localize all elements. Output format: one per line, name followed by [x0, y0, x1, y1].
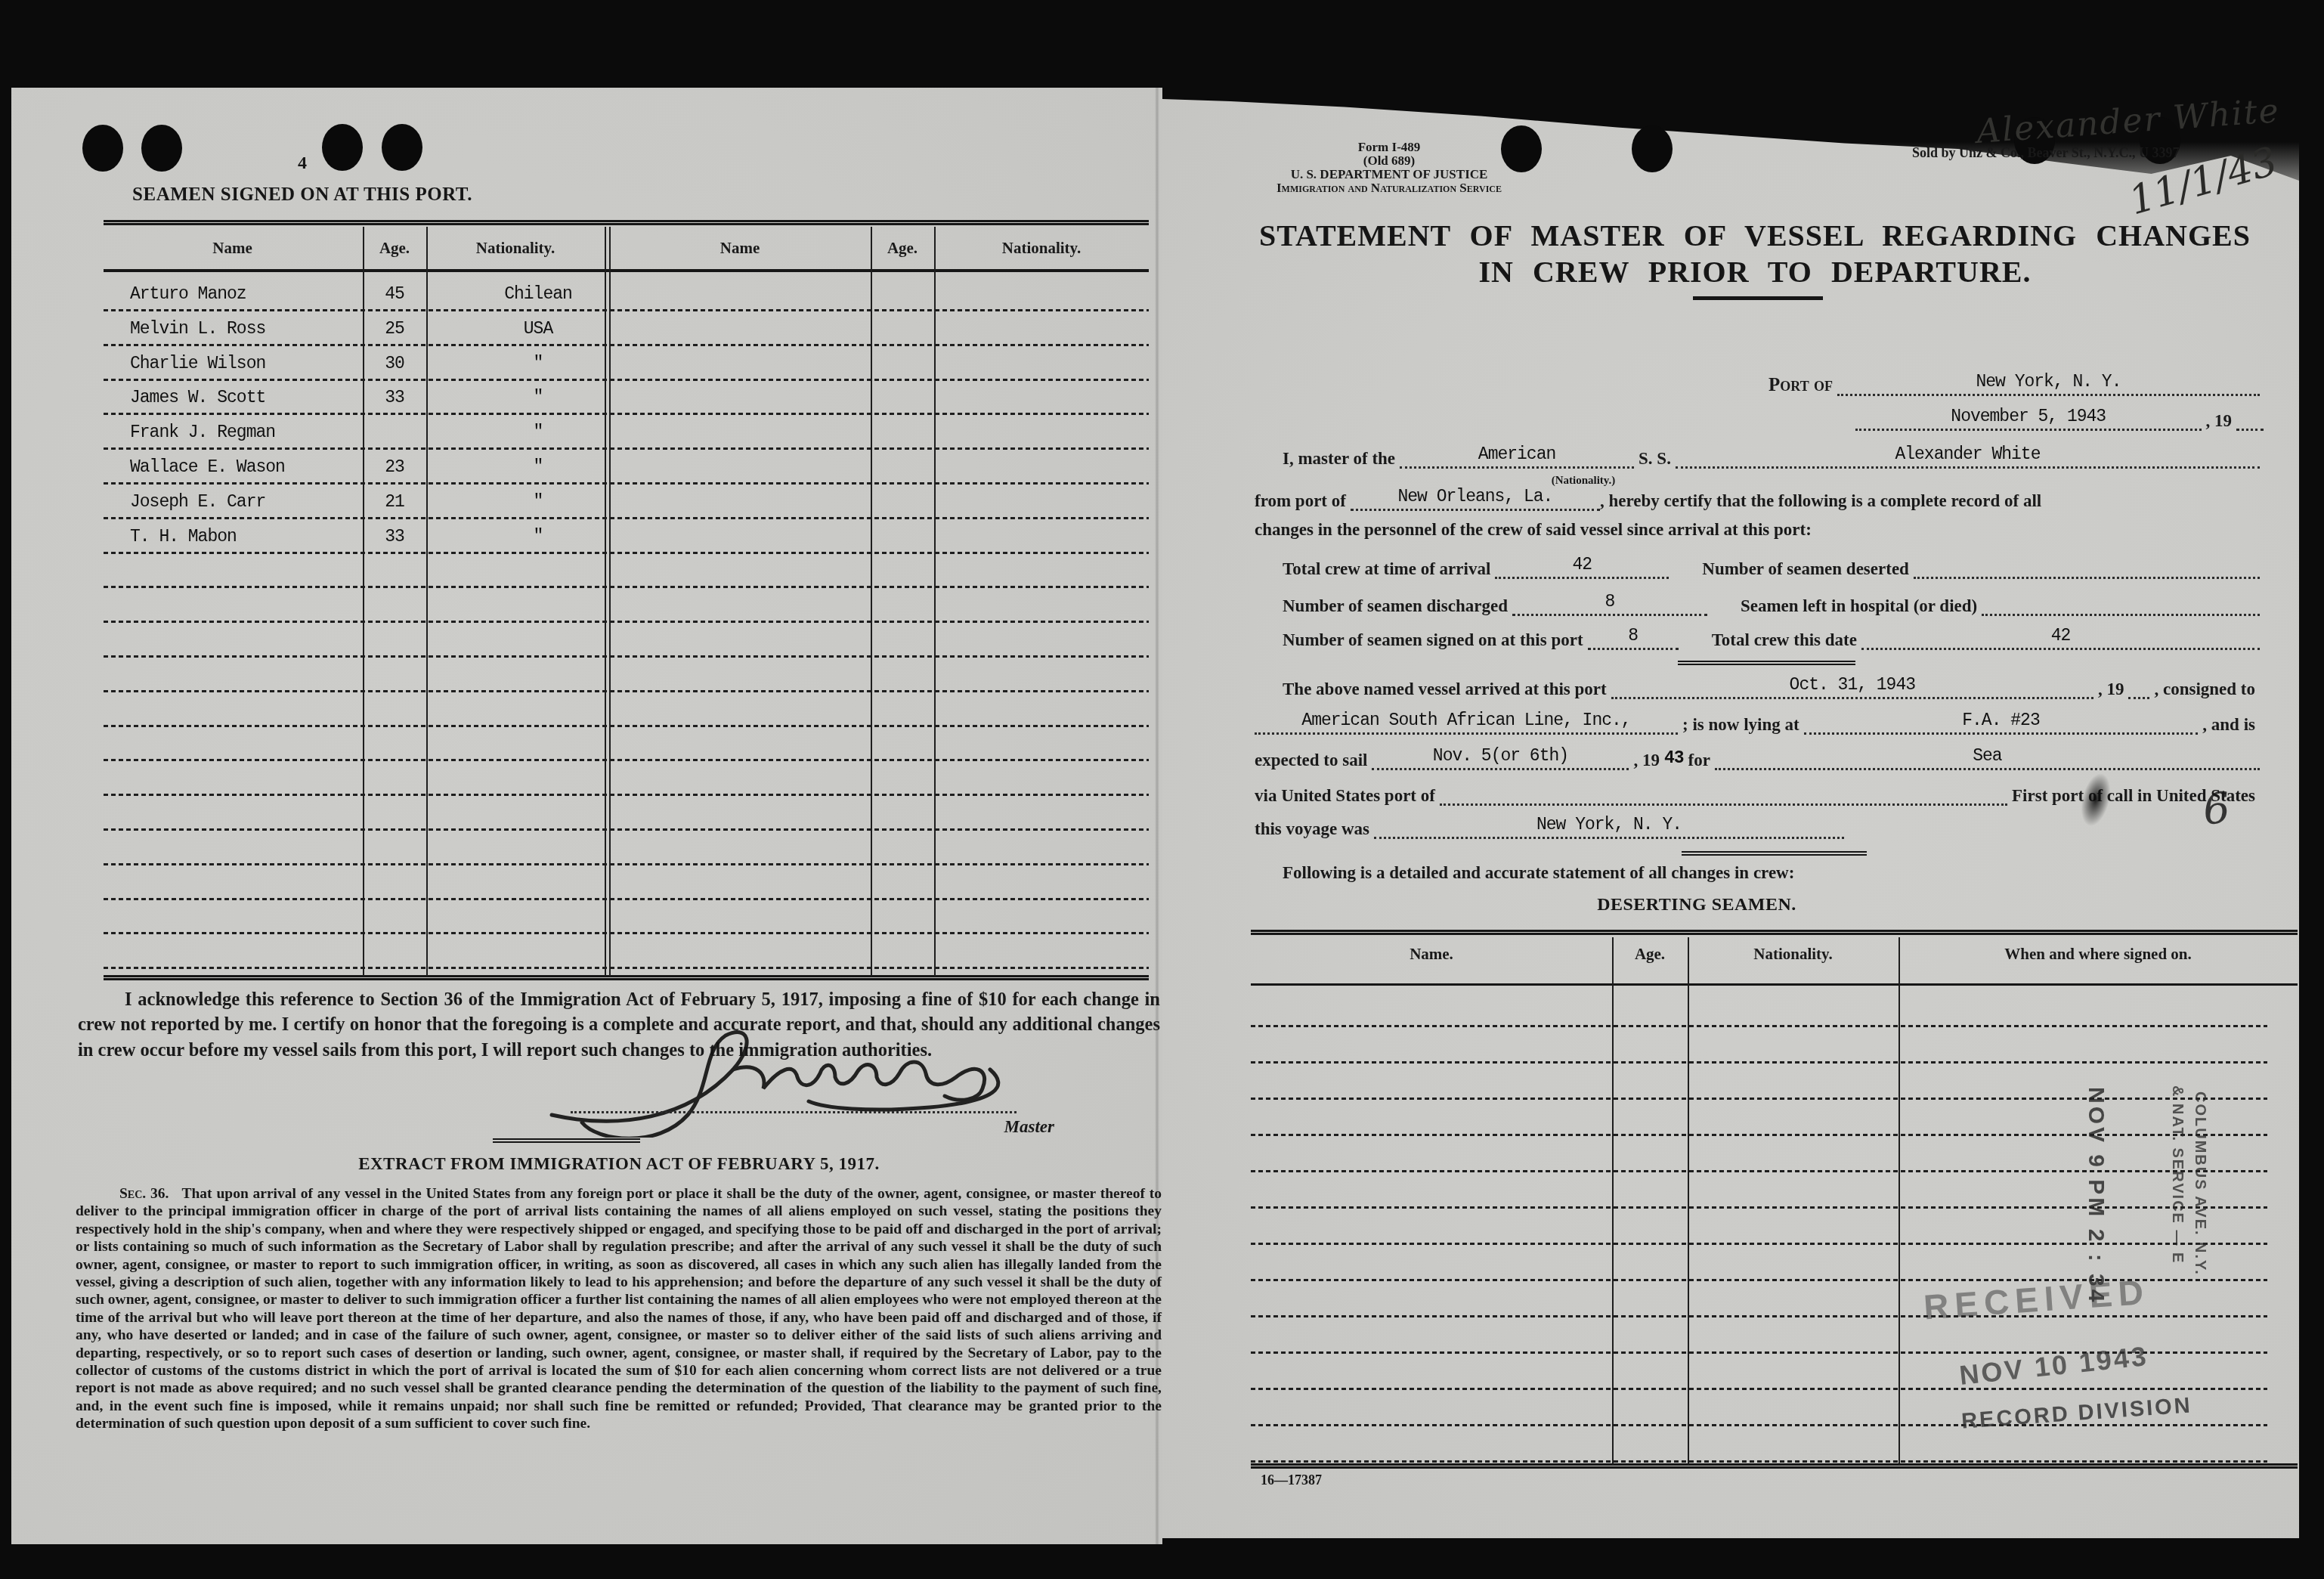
table-row-line — [1251, 1388, 2267, 1390]
crew-nationality-cell: " — [449, 423, 627, 442]
date-year-field — [2236, 406, 2264, 431]
port-of-value: New York, N. Y. — [1976, 372, 2121, 392]
sail-mid: , 19 — [1629, 751, 1664, 770]
via-label: via United States port of — [1255, 786, 1440, 806]
from-port-label: from port of — [1255, 491, 1351, 511]
stat-value: 42 — [1572, 555, 1592, 574]
changes-line: changes in the personnel of the crew of … — [1255, 520, 1812, 540]
sec36-text: That upon arrival of any vessel in the U… — [76, 1186, 1162, 1432]
ss-label: S. S. — [1634, 449, 1676, 469]
crew-age-cell: 30 — [363, 354, 426, 373]
table-row-line — [104, 794, 1149, 796]
signature-role-label: Master — [911, 1117, 1054, 1137]
table-column-line — [1688, 937, 1689, 1465]
crew-nationality-cell: Chilean — [449, 284, 627, 304]
stat-value: 8 — [1605, 592, 1615, 611]
table-bottom-rule — [1251, 1463, 2298, 1469]
table-header-rule — [104, 269, 1149, 272]
table-row-line — [104, 967, 1149, 969]
stat-value: 42 — [2051, 626, 2071, 646]
nationality-field: American — [1400, 446, 1634, 469]
crew-nationality-cell: USA — [449, 319, 627, 339]
table-row-line — [1251, 1460, 2267, 1463]
sail-date-value: Nov. 5(or 6th) — [1433, 746, 1568, 766]
table-column-line — [605, 227, 606, 977]
stat-label: Number of seamen signed on at this port — [1283, 630, 1588, 650]
section-divider — [1678, 661, 1855, 665]
table-row-line — [104, 621, 1149, 623]
table-bottom-rule — [104, 975, 1149, 980]
form-old-number: (Old 689) — [1257, 154, 1521, 168]
crew-name-cell: Arturo Manoz — [130, 284, 357, 304]
crew-nationality-cell: " — [449, 492, 627, 512]
table-row-line — [1251, 1098, 2267, 1100]
crew-name-cell: James W. Scott — [130, 388, 357, 407]
table-top-rule — [1251, 930, 2298, 935]
vessel-value: Alexander White — [1895, 444, 2040, 464]
sail-for: for — [1684, 751, 1715, 770]
plate-number: 16—17387 — [1261, 1472, 1322, 1488]
department-name: U. S. DEPARTMENT OF JUSTICE — [1257, 168, 1521, 181]
form-id-block: Form I-489 (Old 689) U. S. DEPARTMENT OF… — [1257, 141, 1521, 195]
lying-value: F.A. #23 — [1962, 711, 2039, 730]
service-stamp-line1: & NAT. SERVICE — E — [2168, 1085, 2186, 1335]
crew-name-cell: Charlie Wilson — [130, 354, 357, 373]
stat-label: Seamen left in hospital (or died) — [1707, 596, 1982, 616]
voyage-value: New York, N. Y. — [1536, 815, 1682, 834]
stat-field: 8 — [1512, 593, 1707, 616]
col-header-nationality: Nationality. — [934, 239, 1149, 258]
lying-field: F.A. #23 — [1804, 712, 2199, 735]
table-column-line — [426, 227, 428, 977]
crew-age-cell: 33 — [363, 388, 426, 407]
consignee-field: American South African Line, Inc., — [1255, 712, 1678, 735]
crew-name-cell: T. H. Mabon — [130, 527, 357, 546]
table-row-line — [104, 344, 1149, 346]
table-row-line — [104, 898, 1149, 900]
table-row-line — [104, 517, 1149, 519]
table-column-line — [1899, 937, 1900, 1465]
section-divider — [493, 1138, 640, 1143]
extract-heading: EXTRACT FROM IMMIGRATION ACT OF FEBRUARY… — [78, 1154, 1160, 1174]
col-header-age: Age. — [363, 239, 426, 258]
stat-field: 42 — [1495, 556, 1669, 579]
lying-suffix: , and is — [2198, 715, 2260, 735]
stat-label: Total crew at time of arrival — [1283, 559, 1495, 579]
date-value: November 5, 1943 — [1951, 407, 2106, 426]
nationality-value: American — [1478, 444, 1555, 464]
table-column-line — [1612, 937, 1614, 1465]
table-row-line — [104, 690, 1149, 692]
table-row-line — [104, 309, 1149, 311]
deserting-seamen-title: DESERTING SEAMEN. — [1470, 895, 1923, 915]
sail-date-field: Nov. 5(or 6th) — [1372, 748, 1629, 770]
crew-age-cell: 45 — [363, 284, 426, 304]
table-row-line — [104, 863, 1149, 865]
stat-field — [1982, 614, 2260, 616]
crew-age-cell: 33 — [363, 527, 426, 546]
sail-dest-value: Sea — [1973, 746, 2001, 766]
form-title-line1: STATEMENT OF MASTER OF VESSEL REGARDING … — [1226, 218, 2284, 253]
crew-name-cell: Joseph E. Carr — [130, 492, 357, 512]
table-row-line — [104, 586, 1149, 588]
form-title-line2: IN CREW PRIOR TO DEPARTURE. — [1226, 254, 2284, 289]
col-header-name: Name. — [1251, 945, 1612, 964]
port-of-field: New York, N. Y. — [1837, 373, 2260, 396]
title-underline — [1693, 296, 1823, 300]
crew-nationality-cell: " — [449, 354, 627, 373]
col-header-signed-on: When and where signed on. — [1899, 945, 2298, 964]
stat-value: 8 — [1628, 626, 1638, 646]
crew-name-cell: Frank J. Regman — [130, 423, 357, 442]
from-port-value: New Orleans, La. — [1398, 487, 1553, 506]
hole-punch — [1632, 125, 1673, 172]
left-table-heading: SEAMEN SIGNED ON AT THIS PORT. — [102, 184, 503, 206]
table-row-line — [1251, 1134, 2267, 1136]
col-header-name: Name — [609, 239, 871, 258]
table-row-line — [1251, 1170, 2267, 1172]
page-number: 4 — [102, 153, 503, 174]
col-header-nationality: Nationality. — [1688, 945, 1899, 964]
arrived-year-field — [2128, 674, 2149, 699]
table-header-rule — [1251, 983, 2298, 986]
voyage-field: New York, N. Y. — [1374, 816, 1844, 839]
crew-age-cell: 25 — [363, 319, 426, 339]
sail-dest-field: Sea — [1715, 748, 2260, 770]
table-row-line — [1251, 1025, 2267, 1027]
service-stamp-line2: COLUMBUS AVE. N.Y. — [2191, 1091, 2208, 1333]
table-row-line — [1251, 1061, 2267, 1064]
arrived-date-value: Oct. 31, 1943 — [1790, 675, 1915, 695]
crew-nationality-cell: " — [449, 457, 627, 477]
arrived-mid: , 19 — [2093, 680, 2129, 699]
following-line: Following is a detailed and accurate sta… — [1283, 863, 1794, 883]
arrived-suffix: , consigned to — [2149, 680, 2260, 699]
sec36-paragraph: Sec. 36. That upon arrival of any vessel… — [76, 1185, 1162, 1433]
from-port-field: New Orleans, La. — [1351, 488, 1600, 511]
col-header-name: Name — [102, 239, 363, 258]
table-row-line — [104, 828, 1149, 831]
col-header-nationality: Nationality. — [426, 239, 605, 258]
handwritten-mark: 6 — [2201, 783, 2233, 834]
scanned-document: 4 SEAMEN SIGNED ON AT THIS PORT. Name Ag… — [0, 0, 2324, 1579]
table-row-line — [1251, 1243, 2267, 1245]
crew-age-cell: 23 — [363, 457, 426, 477]
stat-label: Total crew this date — [1679, 630, 1861, 650]
stat-field: 42 — [1861, 627, 2260, 650]
col-header-age: Age. — [1612, 945, 1688, 964]
voyage-label: this voyage was — [1255, 819, 1374, 839]
crew-nationality-cell: " — [449, 527, 627, 546]
table-column-line — [363, 227, 364, 977]
table-row-line — [104, 932, 1149, 934]
crew-name-cell: Melvin L. Ross — [130, 319, 357, 339]
arrived-date-field: Oct. 31, 1943 — [1611, 676, 2093, 699]
arrived-prefix: The above named vessel arrived at this p… — [1283, 680, 1611, 699]
col-header-age: Age. — [871, 239, 934, 258]
master-prefix: I, master of the — [1283, 449, 1400, 469]
crew-name-cell: Wallace E. Wason — [130, 457, 357, 477]
stat-field — [1914, 577, 2260, 579]
table-row-line — [1251, 1424, 2267, 1426]
table-row-line — [104, 655, 1149, 658]
sail-label: expected to sail — [1255, 751, 1372, 770]
form-number: Form I-489 — [1257, 141, 1521, 154]
table-top-rule — [104, 220, 1149, 225]
stat-label: Number of seamen discharged — [1283, 596, 1512, 616]
consignee-value: American South African Line, Inc., — [1301, 711, 1630, 730]
via-field — [1440, 781, 2007, 806]
crew-nationality-cell: " — [449, 388, 627, 407]
certify-text: , hereby certify that the following is a… — [1600, 491, 2041, 511]
stat-label: Number of seamen deserted — [1669, 559, 1914, 579]
table-column-line — [871, 227, 872, 977]
vessel-field: Alexander White — [1676, 446, 2260, 469]
crew-age-cell: 21 — [363, 492, 426, 512]
section-divider — [1682, 851, 1867, 856]
table-row-line — [104, 552, 1149, 554]
signature-line — [571, 1088, 1017, 1113]
sec36-label: Sec. 36. — [119, 1186, 169, 1202]
table-column-line — [934, 227, 936, 977]
table-row-line — [104, 725, 1149, 727]
service-name: Immigration and Naturalization Service — [1257, 181, 1521, 195]
table-row-line — [1251, 1315, 2267, 1317]
stat-field: 8 — [1588, 627, 1679, 650]
table-row-line — [104, 482, 1149, 485]
table-row-line — [104, 413, 1149, 415]
table-column-line — [609, 227, 611, 977]
lying-label: ; is now lying at — [1678, 715, 1804, 735]
table-row-line — [104, 759, 1149, 761]
table-row-line — [1251, 1206, 2267, 1209]
date-field: November 5, 1943 — [1855, 408, 2202, 431]
table-row-line — [104, 447, 1149, 450]
sail-year-value: 43 — [1664, 748, 1684, 768]
table-row-line — [104, 379, 1149, 381]
port-of-label: Port of — [1769, 375, 1837, 396]
date-suffix: , 19 — [2202, 411, 2237, 431]
